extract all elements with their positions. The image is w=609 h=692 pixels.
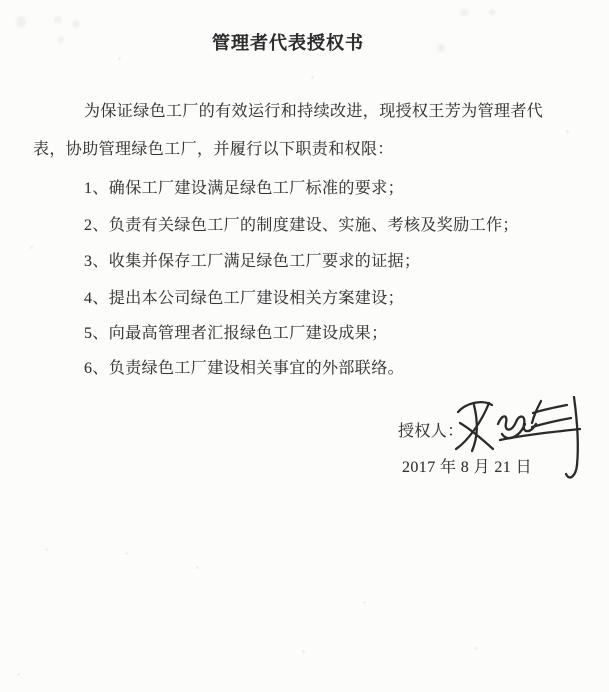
paper-smudge — [58, 36, 64, 43]
intro-line-2: 表，协助管理绿色工厂，并履行以下职责和权限： — [33, 141, 394, 159]
duty-item-6: 6、负责绿色工厂建设相关事宜的外部联络。 — [84, 360, 404, 378]
paper-smudge — [54, 16, 62, 23]
noise-speck — [363, 601, 366, 604]
signature-date: 2017 年 8 月 21 日 — [402, 459, 532, 477]
noise-speck — [566, 130, 569, 133]
duty-item-2: 2、负责有关绿色工厂的制度建设、实施、考核及奖励工作； — [84, 217, 519, 235]
noise-speck — [45, 548, 48, 551]
paper-smudge — [16, 16, 26, 28]
duty-item-3: 3、收集并保存工厂满足绿色工厂要求的证据； — [84, 253, 420, 271]
duty-item-1: 1、确保工厂建设满足绿色工厂标准的要求； — [84, 180, 404, 198]
paper-smudge — [437, 44, 445, 52]
noise-speck — [196, 566, 199, 569]
noise-speck — [118, 57, 121, 60]
noise-speck — [475, 647, 478, 650]
paper-smudge — [72, 20, 80, 28]
noise-speck — [125, 552, 128, 555]
duty-item-5: 5、向最高管理者汇报绿色工厂建设成果； — [84, 325, 388, 343]
noise-speck — [17, 673, 20, 676]
paper-smudge — [460, 9, 469, 16]
paper-smudge — [489, 9, 496, 16]
document-page: 管理者代表授权书 为保证绿色工厂的有效运行和持续改进，现授权王芳为管理者代 表，… — [0, 0, 609, 692]
intro-line-1: 为保证绿色工厂的有效运行和持续改进，现授权王芳为管理者代 — [84, 103, 543, 121]
document-title: 管理者代表授权书 — [212, 29, 364, 55]
noise-speck — [311, 76, 314, 79]
noise-speck — [30, 246, 33, 249]
duty-item-4: 4、提出本公司绿色工厂建设相关方案建设； — [84, 290, 404, 308]
noise-speck — [302, 650, 305, 653]
